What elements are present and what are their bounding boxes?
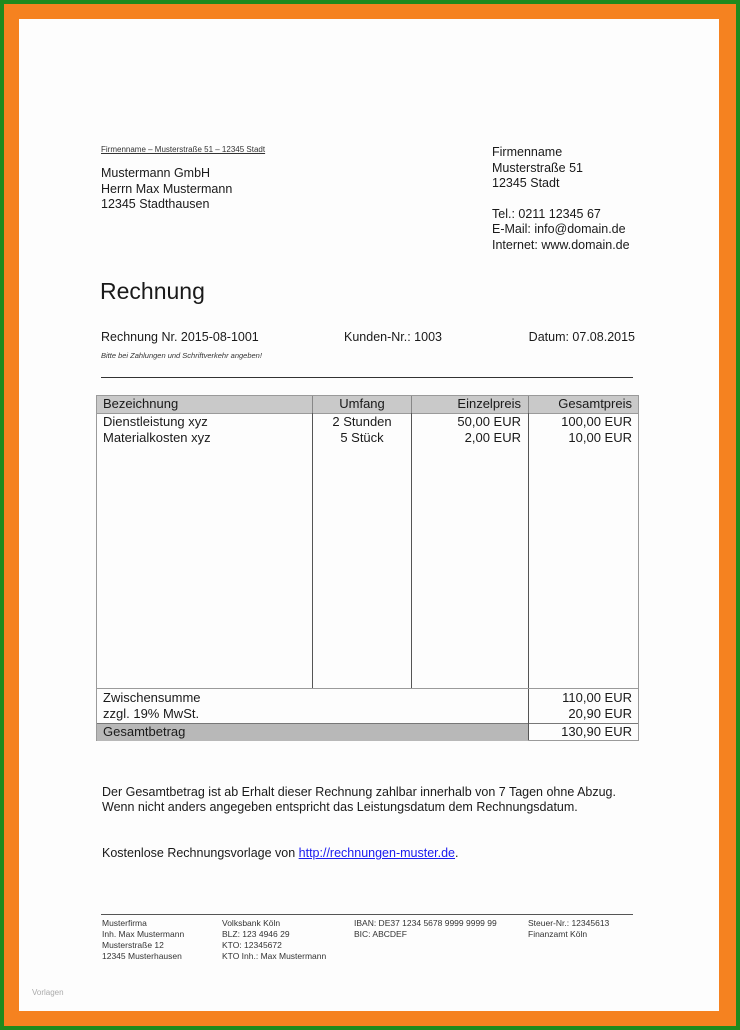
company-info: Firmenname Musterstraße 51 12345 Stadt T… [492,145,630,253]
company-phone: Tel.: 0211 12345 67 [492,207,630,223]
subtotal-label: Zwischensumme [103,690,201,706]
subtotal-value: 110,00 EUR [562,690,632,706]
company-street: Musterstraße 51 [492,161,630,177]
invoice-page: Firmenname – Musterstraße 51 – 12345 Sta… [19,19,719,1011]
invoice-number: Rechnung Nr. 2015-08-1001 [101,330,259,344]
footer-tax: Steuer-Nr.: 12345613 Finanzamt Köln [528,918,609,940]
invoice-date: Datum: 07.08.2015 [529,330,635,344]
divider [101,377,633,378]
company-email: E-Mail: info@domain.de [492,222,630,238]
footer-company: Musterfirma Inh. Max Mustermann Musterst… [102,918,184,962]
company-website: Internet: www.domain.de [492,238,630,254]
company-city: 12345 Stadt [492,176,630,192]
template-credit: Kostenlose Rechnungsvorlage von http://r… [102,846,459,860]
watermark: Vorlagen [32,988,64,997]
header-total-price: Gesamtpreis [558,396,632,412]
recipient-person: Herrn Max Mustermann [101,182,232,198]
total-value: 130,90 EUR [561,724,632,740]
document-title: Rechnung [100,278,205,305]
payment-terms: Der Gesamtbetrag ist ab Erhalt dieser Re… [102,785,622,815]
tax-value: 20,90 EUR [568,706,632,722]
header-description: Bezeichnung [103,396,178,412]
table-body: Dienstleistung xyz 2 Stunden 50,00 EUR 1… [96,413,639,689]
sender-return-address: Firmenname – Musterstraße 51 – 12345 Sta… [101,145,265,154]
table-header: Bezeichnung Umfang Einzelpreis Gesamtpre… [96,395,639,414]
company-name: Firmenname [492,145,630,161]
payment-terms-text: Der Gesamtbetrag ist ab Erhalt dieser Re… [102,785,622,800]
footer-iban: IBAN: DE37 1234 5678 9999 9999 99 BIC: A… [354,918,497,940]
recipient-address: Mustermann GmbH Herrn Max Mustermann 123… [101,166,232,213]
reference-hint: Bitte bei Zahlungen und Schriftverkehr a… [101,351,262,360]
total-label: Gesamtbetrag [103,724,185,740]
header-unit-price: Einzelpreis [457,396,521,412]
recipient-company: Mustermann GmbH [101,166,232,182]
footer-divider [101,914,633,915]
totals-block: Zwischensumme 110,00 EUR zzgl. 19% MwSt.… [96,688,639,741]
header-quantity: Umfang [313,396,411,412]
recipient-city: 12345 Stadthausen [101,197,232,213]
footer-bank: Volksbank Köln BLZ: 123 4946 29 KTO: 123… [222,918,326,962]
customer-number: Kunden-Nr.: 1003 [344,330,442,344]
service-date-note: Wenn nicht anders angegeben entspricht d… [102,800,622,815]
template-link[interactable]: http://rechnungen-muster.de [299,846,455,860]
tax-label: zzgl. 19% MwSt. [103,706,199,722]
